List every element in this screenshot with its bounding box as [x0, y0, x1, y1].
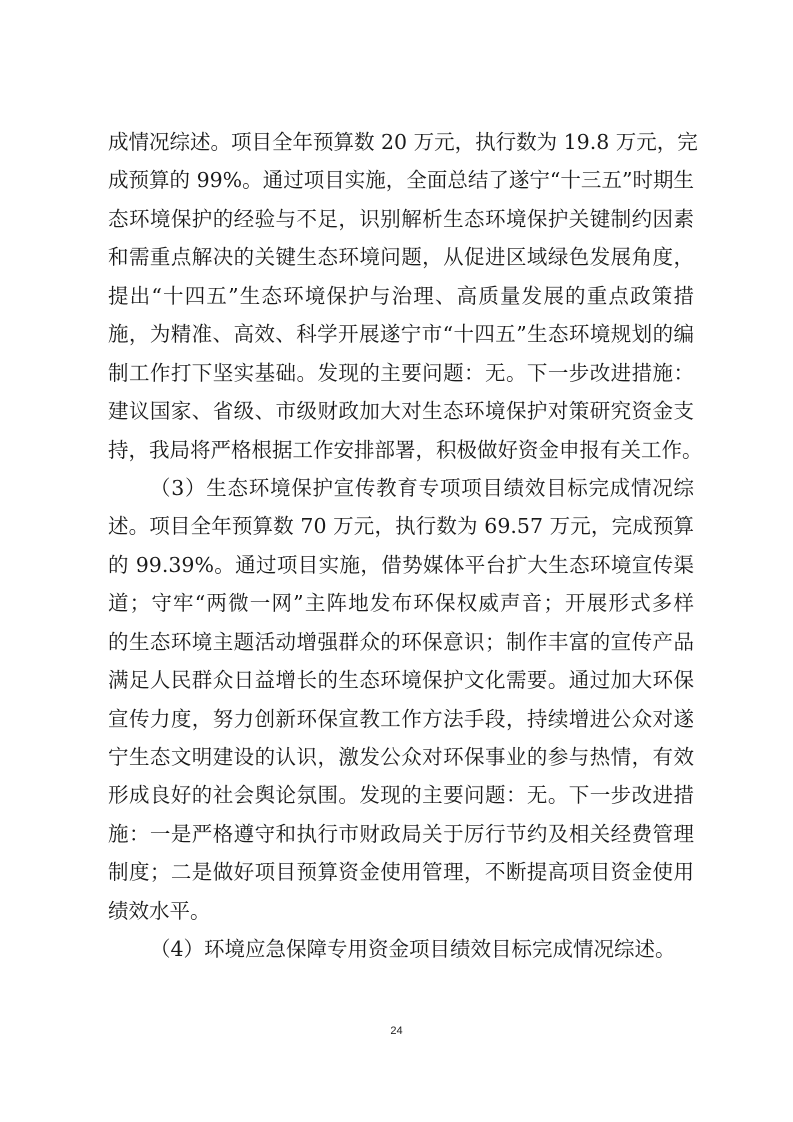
text-line: 绩效水平。: [108, 892, 694, 930]
text-line: 成情况综述。项目全年预算数 20 万元，执行数为 19.8 万元，完: [108, 123, 694, 161]
text-line: 宣传力度，努力创新环保宣教工作方法手段，持续增进公众对遂: [108, 700, 694, 738]
page-number: 24: [0, 1025, 793, 1037]
text-line: 形成良好的社会舆论氛围。发现的主要问题：无。下一步改进措: [108, 776, 694, 814]
text-line: 施：一是严格遵守和执行市财政局关于厉行节约及相关经费管理: [108, 815, 694, 853]
body-text: 成情况综述。项目全年预算数 20 万元，执行数为 19.8 万元，完 成预算的 …: [108, 123, 694, 969]
text-line: 施，为精准、高效、科学开展遂宁市“十四五”生态环境规划的编: [108, 315, 694, 353]
text-line: 成预算的 99%。通过项目实施，全面总结了遂宁“十三五”时期生: [108, 161, 694, 199]
text-line: 态环境保护的经验与不足，识别解析生态环境保护关键制约因素: [108, 200, 694, 238]
text-line: （3）生态环境保护宣传教育专项项目绩效目标完成情况综: [108, 469, 694, 507]
text-line: 的 99.39%。通过项目实施，借势媒体平台扩大生态环境宣传渠: [108, 546, 694, 584]
text-line: 述。项目全年预算数 70 万元，执行数为 69.57 万元，完成预算: [108, 507, 694, 545]
text-line: 的生态环境主题活动增强群众的环保意识；制作丰富的宣传产品: [108, 623, 694, 661]
text-line: 建议国家、省级、市级财政加大对生态环境保护对策研究资金支: [108, 392, 694, 430]
text-line: 制度；二是做好项目预算资金使用管理，不断提高项目资金使用: [108, 853, 694, 891]
text-line: 满足人民群众日益增长的生态环境保护文化需要。通过加大环保: [108, 661, 694, 699]
paragraph-project-2-summary: 成情况综述。项目全年预算数 20 万元，执行数为 19.8 万元，完 成预算的 …: [108, 123, 694, 469]
text-line: （4）环境应急保障专用资金项目绩效目标完成情况综述。: [108, 930, 694, 968]
paragraph-project-3-summary: （3）生态环境保护宣传教育专项项目绩效目标完成情况综 述。项目全年预算数 70 …: [108, 469, 694, 930]
text-line: 提出“十四五”生态环境保护与治理、高质量发展的重点政策措: [108, 277, 694, 315]
paragraph-project-4-heading: （4）环境应急保障专用资金项目绩效目标完成情况综述。: [108, 930, 694, 968]
text-line: 宁生态文明建设的认识，激发公众对环保事业的参与热情，有效: [108, 738, 694, 776]
text-line: 持，我局将严格根据工作安排部署，积极做好资金申报有关工作。: [108, 431, 694, 469]
text-line: 和需重点解决的关键生态环境问题，从促进区域绿色发展角度，: [108, 238, 694, 276]
document-page: 成情况综述。项目全年预算数 20 万元，执行数为 19.8 万元，完 成预算的 …: [0, 0, 793, 1122]
text-line: 道；守牢“两微一网”主阵地发布环保权威声音；开展形式多样: [108, 584, 694, 622]
text-line: 制工作打下坚实基础。发现的主要问题：无。下一步改进措施：: [108, 354, 694, 392]
